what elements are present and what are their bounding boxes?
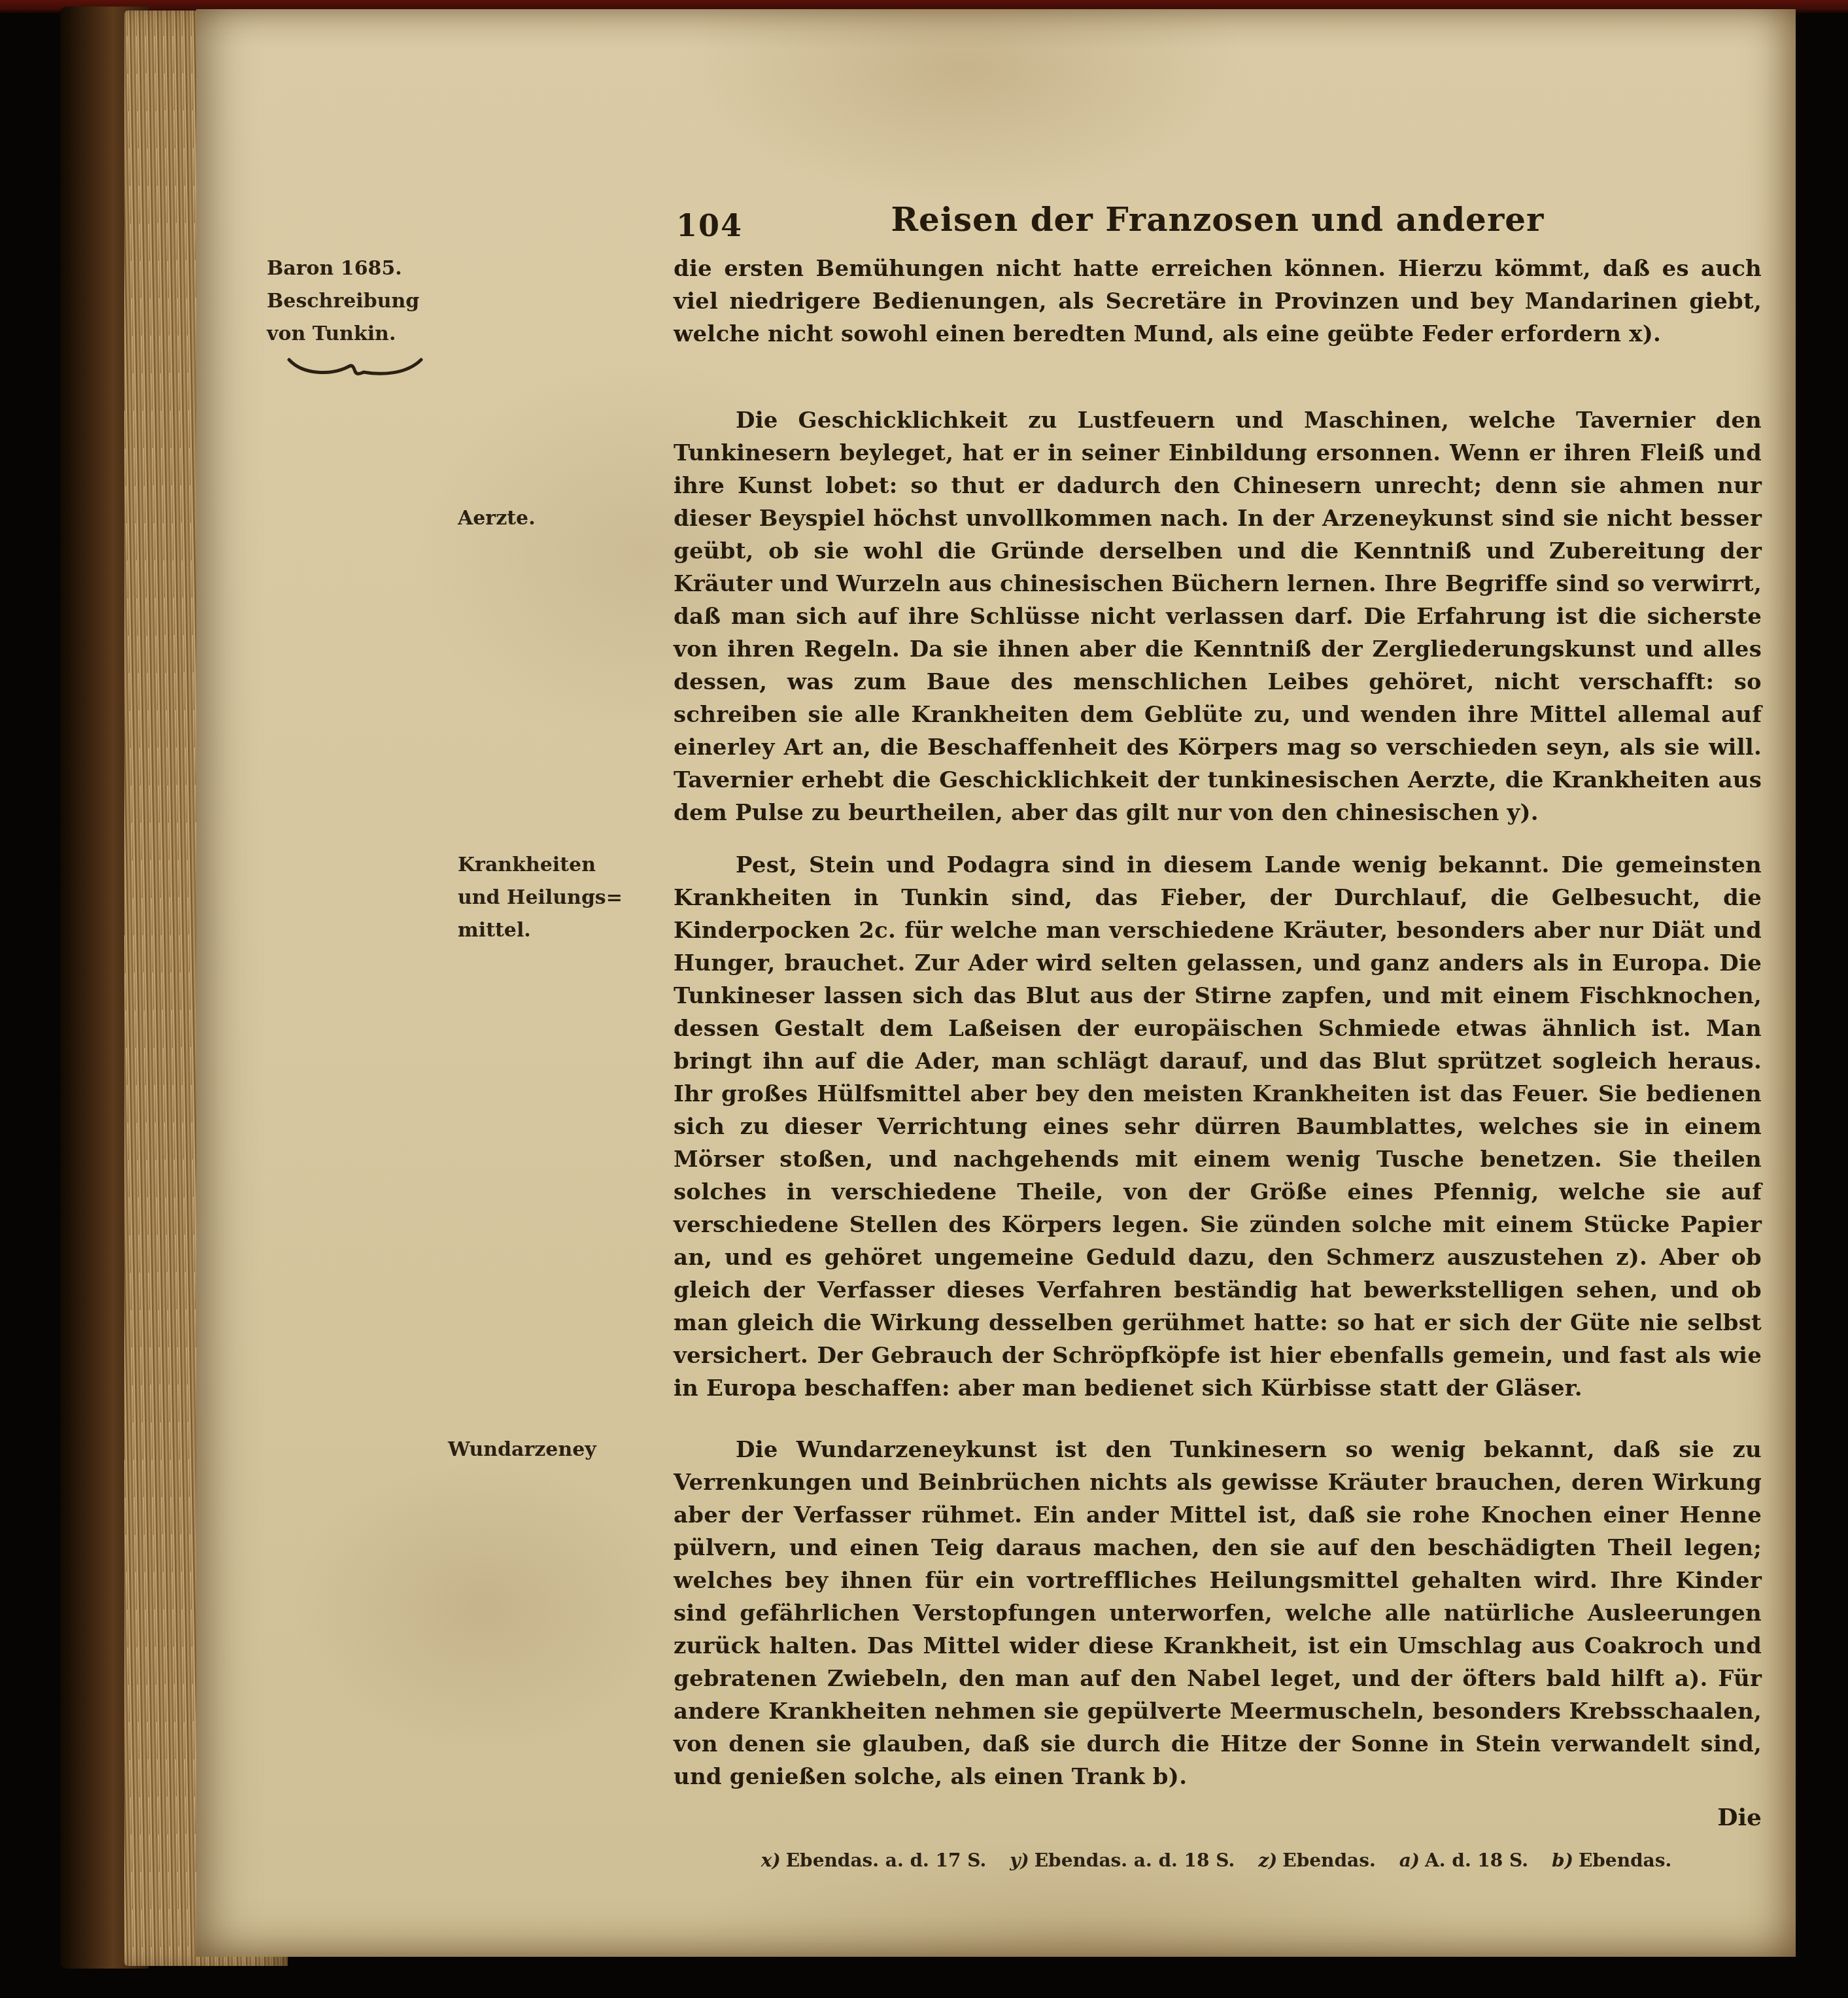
- footnote: a)A. d. 18 S.: [1399, 1850, 1528, 1871]
- paragraph-aerzte: Die Geschicklichkeit zu Lustfeuern und M…: [674, 404, 1762, 829]
- footnote-text: Ebendas.: [1579, 1850, 1671, 1871]
- footnote-text: A. d. 18 S.: [1425, 1850, 1528, 1871]
- book-page: Reisen der Franzosen und anderer 104 Bar…: [196, 9, 1796, 1957]
- margin-note-line: Krankheiten: [458, 849, 674, 882]
- paragraph-row: Aerzte. Die Geschicklichkeit zu Lustfeue…: [262, 404, 1763, 829]
- page-number: 104: [676, 208, 743, 243]
- footnote: x)Ebendas. a. d. 17 S.: [761, 1850, 986, 1871]
- footnote-label: y): [1010, 1850, 1029, 1871]
- paragraph-continuation: die ersten Bemühungen nicht hatte erreic…: [674, 252, 1762, 351]
- footnote: z)Ebendas.: [1258, 1850, 1375, 1871]
- page-header: Reisen der Franzosen und anderer 104: [674, 200, 1762, 246]
- footnote-label: z): [1258, 1850, 1277, 1871]
- footnotes-line: x)Ebendas. a. d. 17 S. y)Ebendas. a. d. …: [654, 1850, 1779, 1871]
- text-block: Baron 1685. Beschreibung von Tunkin. die…: [262, 252, 1763, 1871]
- running-title: Reisen der Franzosen und anderer: [674, 200, 1762, 239]
- footnote-text: Ebendas. a. d. 18 S.: [1035, 1850, 1235, 1871]
- catchword: Die: [674, 1804, 1762, 1831]
- book-scan-photo: { "page": { "number": "104", "running_ti…: [0, 0, 1848, 1998]
- footnote-label: x): [761, 1850, 781, 1871]
- paragraph-row: Baron 1685. Beschreibung von Tunkin. die…: [262, 252, 1763, 387]
- footnote-text: Ebendas.: [1282, 1850, 1375, 1871]
- footnote-text: Ebendas. a. d. 17 S.: [786, 1850, 986, 1871]
- margin-note-baron-tunkin: Baron 1685. Beschreibung von Tunkin.: [262, 252, 674, 387]
- footnote-label: a): [1399, 1850, 1420, 1871]
- margin-note-line: und Heilungs=: [458, 882, 674, 914]
- margin-note-krankheiten: Krankheiten und Heilungs= mittel.: [262, 849, 674, 947]
- margin-note-line: mittel.: [458, 914, 674, 947]
- paragraph-krankheiten: Pest, Stein und Podagra sind in diesem L…: [674, 849, 1762, 1405]
- margin-note-line: Baron 1685.: [267, 252, 674, 285]
- margin-brace-decoration: [286, 354, 674, 387]
- paragraph-row: Wundarzeney Die Wundarzeneykunst ist den…: [262, 1434, 1763, 1793]
- margin-note-line: Beschreibung: [267, 285, 674, 318]
- margin-note-wundarzeney: Wundarzeney: [262, 1434, 674, 1466]
- margin-note-line: von Tunkin.: [267, 318, 674, 351]
- footnote: b)Ebendas.: [1552, 1850, 1671, 1871]
- footnote: y)Ebendas. a. d. 18 S.: [1010, 1850, 1235, 1871]
- open-book: Reisen der Franzosen und anderer 104 Bar…: [0, 0, 1848, 1998]
- margin-note-aerzte: Aerzte.: [262, 502, 674, 535]
- paragraph-wundarzeney: Die Wundarzeneykunst ist den Tunkinesern…: [674, 1434, 1762, 1793]
- footnote-label: b): [1552, 1850, 1573, 1871]
- paragraph-row: Krankheiten und Heilungs= mittel. Pest, …: [262, 849, 1763, 1405]
